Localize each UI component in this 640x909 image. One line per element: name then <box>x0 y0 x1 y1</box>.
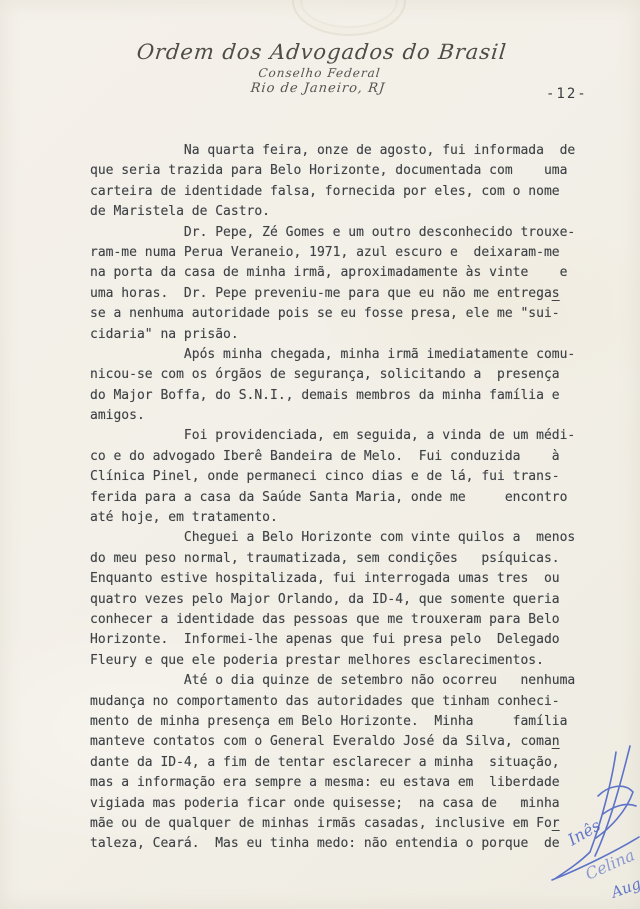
text-line-p1-l3: carteira de identidade falsa, fornecida … <box>90 182 590 202</box>
text-line-p3-l4: amigos. <box>90 406 590 426</box>
text-line-p5-l7: Fleury e que ele poderia prestar melhore… <box>90 651 590 671</box>
text-line-p6-l4: manteve contatos com o General Everaldo … <box>90 732 590 752</box>
text-line-p6-l8: mãe ou de qualquer de minhas irmãs casad… <box>90 814 590 834</box>
page-number: -12- <box>546 86 588 102</box>
document-page: Ordem dos Advogados do Brasil Conselho F… <box>0 0 640 909</box>
text-line-p6-l7: vigiada mas poderia ficar onde quisesse;… <box>90 794 590 814</box>
text-line-p6-l3: mento de minha presença em Belo Horizont… <box>90 712 590 732</box>
text-line-p3-l3: do Major Boffa, do S.N.I., demais membro… <box>90 386 590 406</box>
text-line-p2-l4: uma horas. Dr. Pepe preveniu-me para que… <box>90 284 590 304</box>
text-line-p4-l4: ferida para a casa da Saúde Santa Maria,… <box>90 488 590 508</box>
text-line-p2-l6: cidaria" na prisão. <box>90 325 590 345</box>
text-line-p5-l1: Cheguei a Belo Horizonte com vinte quilo… <box>90 528 590 548</box>
letterhead-city: Rio de Janeiro, RJ <box>0 81 639 97</box>
text-line-p2-l1: Dr. Pepe, Zé Gomes e um outro desconheci… <box>90 223 590 243</box>
text-line-p3-l1: Após minha chegada, minha irmã imediatam… <box>90 345 590 365</box>
text-line-p6-l9: taleza, Ceará. Mas eu tinha medo: não en… <box>90 834 590 854</box>
letterhead-organization: Ordem dos Advogados do Brasil <box>0 40 640 64</box>
text-line-p5-l2: do meu peso normal, traumatizada, sem co… <box>90 549 590 569</box>
document-body: Na quarta feira, onze de agosto, fui inf… <box>90 141 590 855</box>
text-line-p4-l2: co e do advogado Iberê Bandeira de Melo.… <box>90 447 590 467</box>
text-line-p1-l4: de Maristela de Castro. <box>90 202 590 222</box>
letterhead-council: Conselho Federal <box>0 66 640 81</box>
text-line-p6-l1: Até o dia quinze de setembro não ocorreu… <box>90 671 590 691</box>
text-line-p4-l1: Foi providenciada, em seguida, a vinda d… <box>90 426 590 446</box>
text-line-p5-l5: conhecer a identidade das pessoas que me… <box>90 610 590 630</box>
text-line-p6-l5: dante da ID-4, a fim de tentar esclarece… <box>90 753 590 773</box>
embossed-seal <box>292 0 406 36</box>
text-line-p2-l3: na porta da casa de minha irmã, aproxima… <box>90 263 590 283</box>
text-line-p1-l2: que seria trazida para Belo Horizonte, d… <box>90 161 590 181</box>
text-line-p4-l5: até hoje, em tratamento. <box>90 508 590 528</box>
text-line-p2-l5: se a nenhuma autoridade pois se eu fosse… <box>90 304 590 324</box>
text-line-p5-l6: Horizonte. Informei-lhe apenas que fui p… <box>90 630 590 650</box>
text-line-p3-l2: nicou-se com os órgãos de segurança, sol… <box>90 365 590 385</box>
letterhead: Ordem dos Advogados do Brasil Conselho F… <box>0 40 640 97</box>
text-line-p6-l6: mas a informação era sempre a mesma: eu … <box>90 773 590 793</box>
text-line-p1-l1: Na quarta feira, onze de agosto, fui inf… <box>90 141 590 161</box>
text-line-p5-l4: quatro vezes pelo Major Orlando, da ID-4… <box>90 590 590 610</box>
text-line-p5-l3: Enquanto estive hospitalizada, fui inter… <box>90 569 590 589</box>
text-line-p6-l2: mudança no comportamento das autoridades… <box>90 692 590 712</box>
text-line-p2-l2: ram-me numa Perua Veraneio, 1971, azul e… <box>90 243 590 263</box>
underlined-character: s <box>552 286 560 301</box>
text-line-p4-l3: Clínica Pinel, onde permaneci cinco dias… <box>90 467 590 487</box>
